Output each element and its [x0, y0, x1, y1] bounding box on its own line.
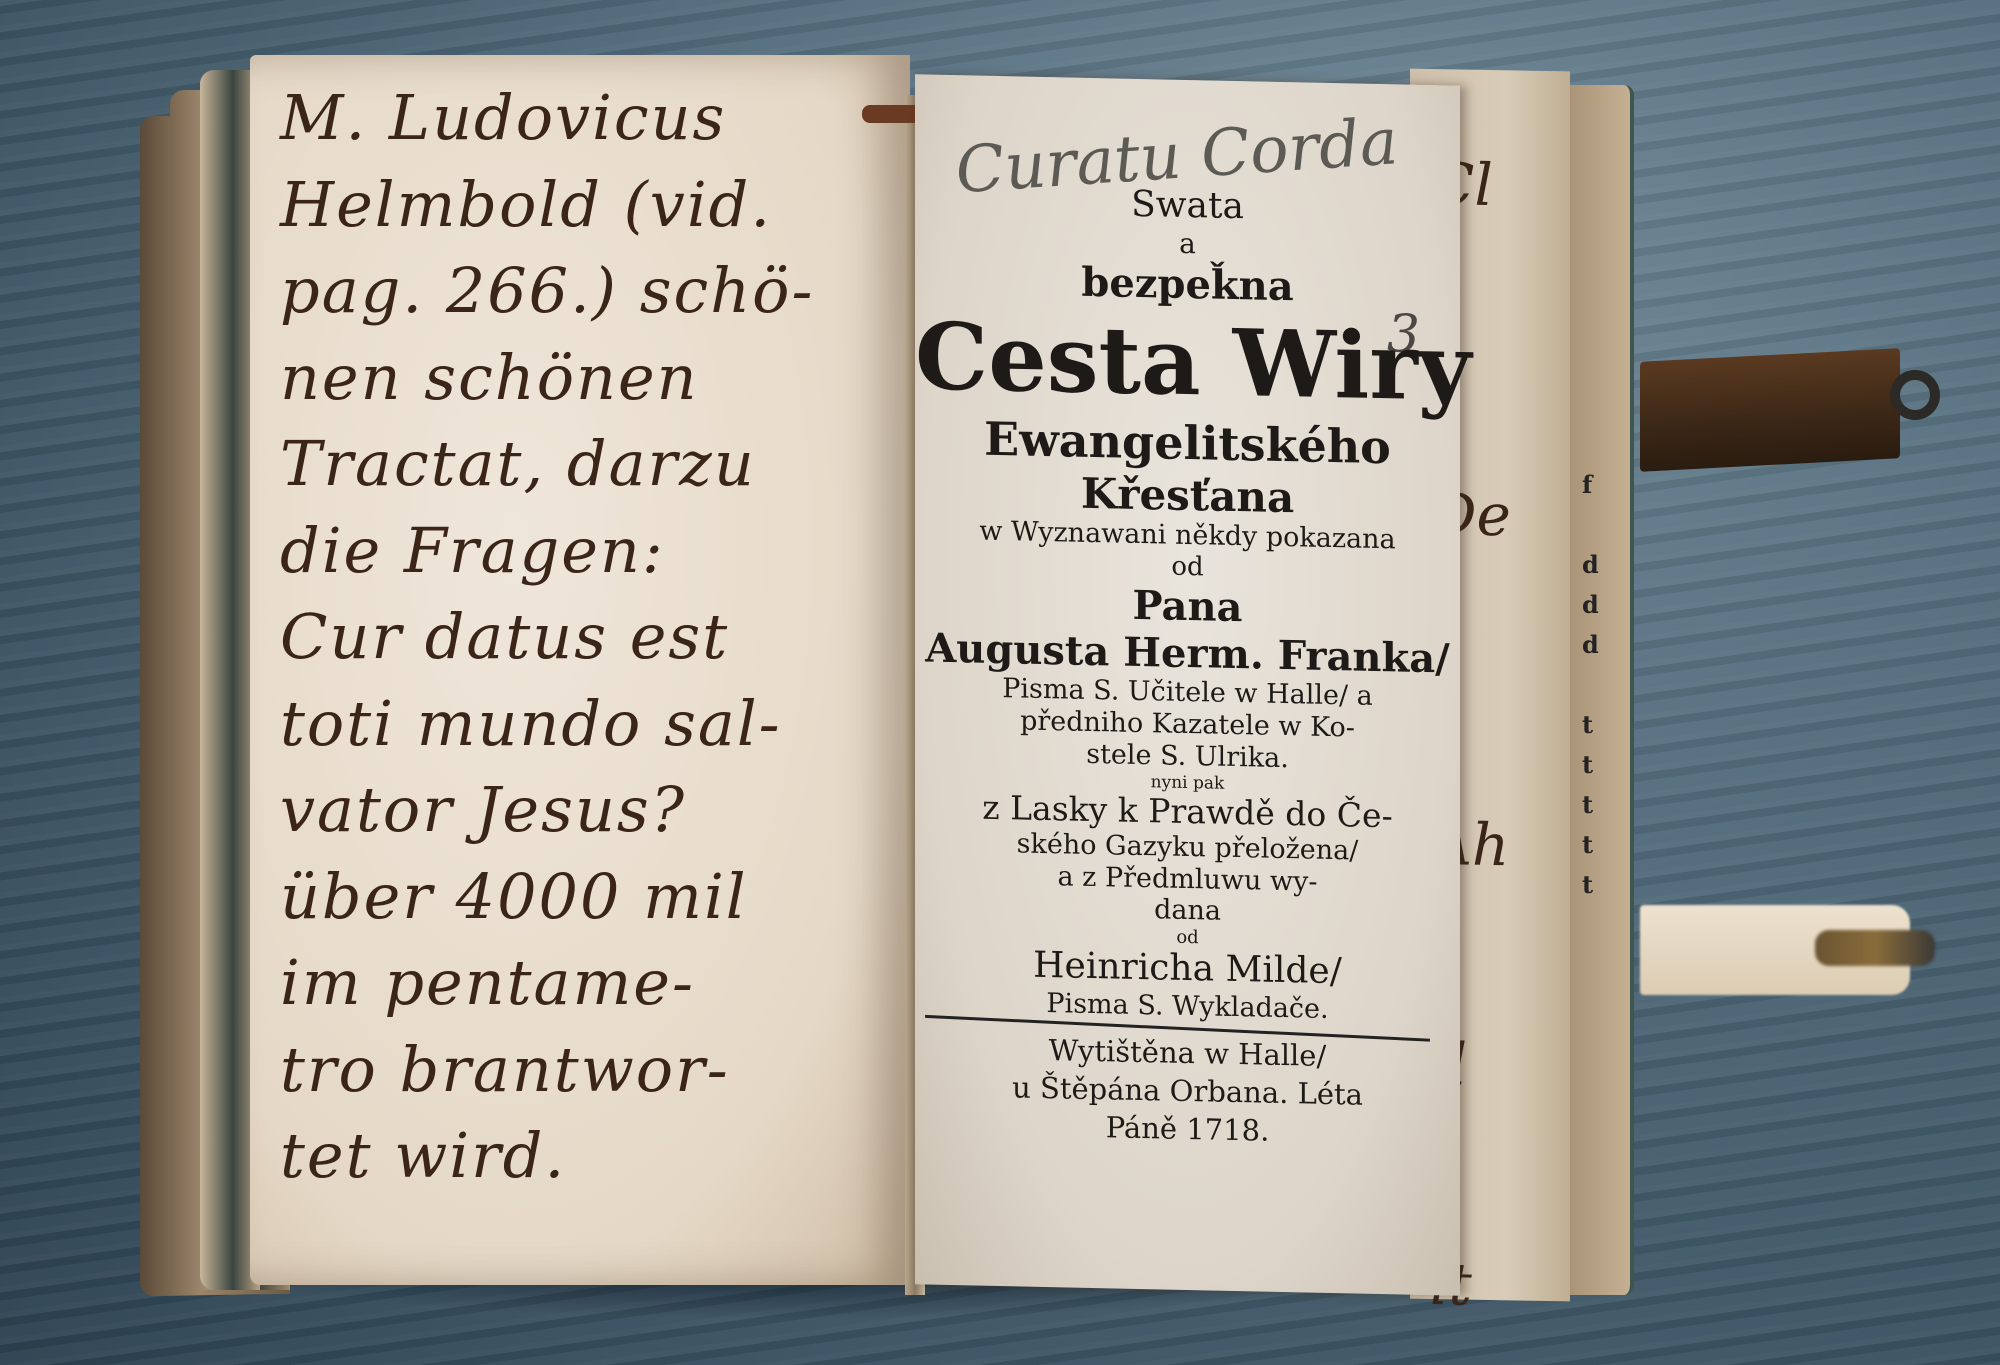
- handwritten-line: vator Jesus?: [280, 767, 900, 854]
- title-line: Ewangelitského: [915, 411, 1460, 477]
- title-line: Cesta Wiry: [915, 302, 1460, 422]
- handwritten-line: M. Ludovicus: [280, 75, 900, 162]
- handwritten-line: pag. 266.) schö-: [280, 248, 900, 335]
- clasp-pin: [1815, 930, 1935, 966]
- printed-catchwords: f d d d t t t t t: [1582, 465, 1599, 905]
- handwritten-line: nen schönen: [280, 335, 900, 422]
- handwritten-line: Helmbold (vid.: [280, 162, 900, 249]
- handwritten-line: über 4000 mil: [280, 854, 900, 941]
- handwritten-line: Tractat, darzu: [280, 421, 900, 508]
- photo-scene: M. Ludovicus Helmbold (vid. pag. 266.) s…: [0, 0, 2000, 1365]
- metal-clasp-top: [1640, 348, 1900, 472]
- handwritten-line: Cur datus est: [280, 594, 900, 681]
- handwritten-page: M. Ludovicus Helmbold (vid. pag. 266.) s…: [250, 55, 910, 1285]
- handwritten-line: die Fragen:: [280, 508, 900, 595]
- handwritten-line: tro brantwor-: [280, 1027, 900, 1114]
- handwritten-inscription: M. Ludovicus Helmbold (vid. pag. 266.) s…: [280, 75, 900, 1200]
- title-text-block: SwataabezpeǩnaCesta WiryEwangelitskéhoKř…: [915, 179, 1460, 1153]
- clasp-ring-icon: [1890, 370, 1940, 420]
- handwritten-line: tet wird.: [280, 1113, 900, 1200]
- handwritten-line: im pentame-: [280, 940, 900, 1027]
- title-page: Curatu Corda 3 SwataabezpeǩnaCesta WiryE…: [915, 74, 1460, 1295]
- stacked-page-edge: f d d d t t t t t: [1570, 85, 1634, 1295]
- handwritten-line: toti mundo sal-: [280, 681, 900, 768]
